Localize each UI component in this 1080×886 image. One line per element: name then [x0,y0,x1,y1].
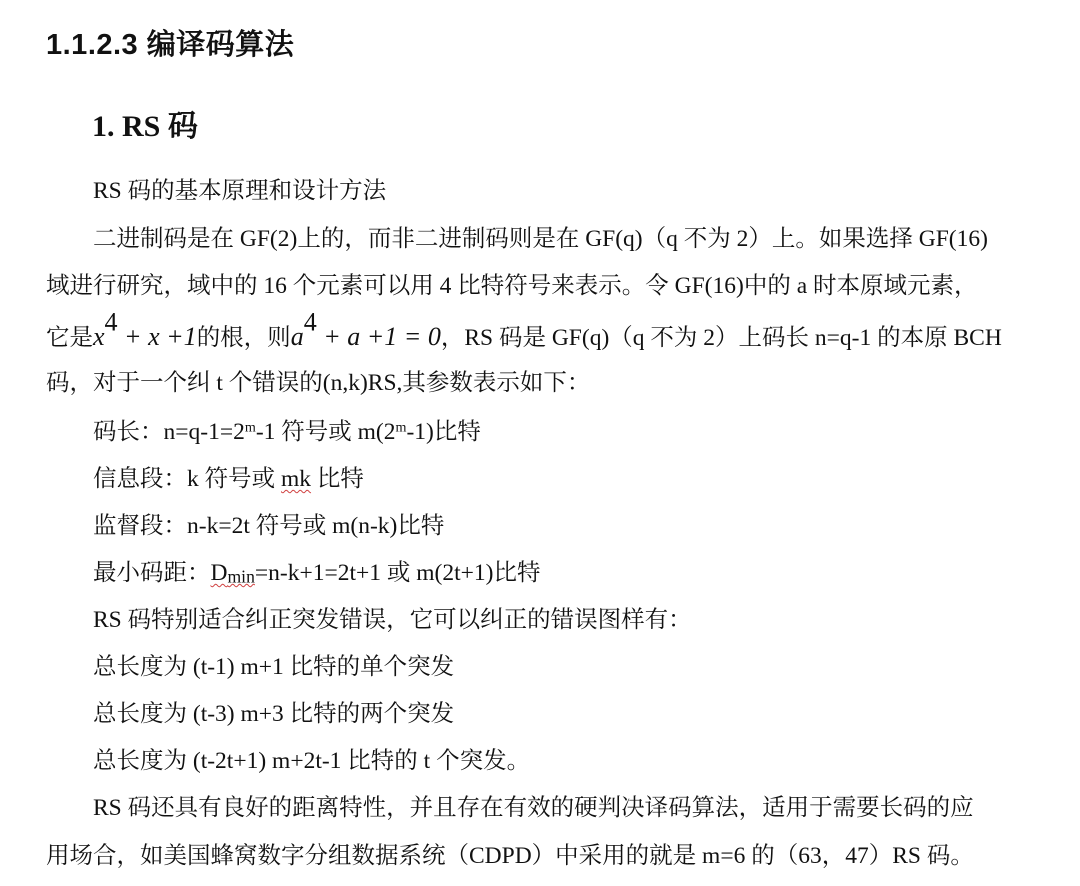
text: 它是 [46,325,93,351]
closing-line: 用场合，如美国蜂窝数字分组数据系统（CDPD）中采用的就是 m=6 的（63，4… [46,841,974,871]
paragraph-line-with-equations: 它是x4 + x +1的根，则a4 + a +1 = 0，RS 码是 GF(q)… [46,322,1002,353]
param-check-segment: 监督段：n-k=2t 符号或 m(n-k)比特 [93,511,444,541]
paragraph-intro: RS 码的基本原理和设计方法 [93,176,386,206]
closing-line: RS 码还具有良好的距离特性，并且存在有效的硬判决译码算法，适用于需要长码的应 [93,793,974,823]
spellcheck-underline: mk [281,466,311,492]
equation-root: a4 + a +1 = 0 [291,325,441,351]
burst-item: 总长度为 (t-1) m+1 比特的单个突发 [93,652,454,682]
text: 的根，则 [197,325,291,351]
paragraph-line: 码，对于一个纠 t 个错误的(n,k)RS,其参数表示如下： [46,368,590,398]
paragraph-line: 域进行研究，域中的 16 个元素可以用 4 比特符号来表示。令 GF(16)中的… [46,271,978,301]
section-heading: 1.1.2.3 编译码算法 [46,22,294,63]
equation-polynomial: x4 + x +1 [93,325,197,351]
burst-intro: RS 码特别适合纠正突发错误，它可以纠正的错误图样有： [93,605,692,635]
param-min-distance: 最小码距：Dmin=n-k+1=2t+1 或 m(2t+1)比特 [93,558,540,588]
burst-item: 总长度为 (t-2t+1) m+2t-1 比特的 t 个突发。 [93,746,530,776]
param-info-segment: 信息段：k 符号或 mk 比特 [93,464,364,494]
subsection-heading: 1. RS 码 [92,101,198,145]
paragraph-line: 二进制码是在 GF(2)上的，而非二进制码则是在 GF(q)（q 不为 2）上。… [93,224,988,254]
param-code-length: 码长：n=q-1=2m-1 符号或 m(2m-1)比特 [93,417,481,447]
spellcheck-underline: Dmin [211,560,255,586]
burst-item: 总长度为 (t-3) m+3 比特的两个突发 [93,699,454,729]
text: ，RS 码是 GF(q)（q 不为 2）上码长 n=q-1 的本原 BCH [441,325,1002,351]
